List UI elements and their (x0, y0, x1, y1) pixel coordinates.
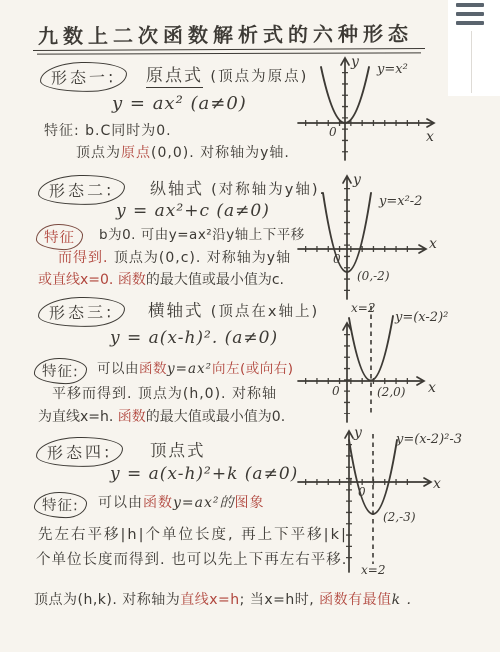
formula-2: y = ax²+c (a≠0) (116, 201, 270, 221)
feature-4-line-2: 先左右平移|h|个单位长度, 再上下平移|k| (38, 527, 348, 544)
vertex-label: (0,-2) (357, 269, 390, 283)
section-1-tag: 形态一: (40, 61, 128, 93)
feature-3-line-2: 平移而得到. 顶点为(h,0). 对称轴 (52, 386, 277, 403)
vertex-label: (2,-3) (383, 510, 416, 524)
feature-2-line-3: 或直线x=0. 函数的最大值或最小值为c. (38, 272, 284, 289)
x-axis-label: x (426, 129, 434, 145)
curve-label: y=x²-2 (378, 194, 422, 209)
graph-horizontal-axis-form: x=2 x 0 y=(x-2)² (2,0) (295, 296, 447, 426)
section-2-tag: 形态二: (38, 174, 126, 206)
page-title: 九数上二次函数解析式的六种形态 (38, 22, 413, 49)
feature-3-line-1: 可以由函数y=ax²向左(或向右) (97, 361, 294, 377)
feature-4-tag: 特征: (34, 492, 87, 519)
origin-label: 0 (332, 384, 340, 398)
feature-2-line-2: 而得到. 顶点为(0,c). 对称轴为y轴 (58, 250, 291, 267)
section-1-subtitle: (顶点为原点) (210, 69, 308, 85)
feature-4-line-4: 顶点为(h,k). 对称轴为直线x=h; 当x=h时, 函数有最值k . (34, 592, 412, 609)
formula-3: y = a(x-h)². (a≠0) (110, 328, 278, 348)
section-1-name: 原点式 (顶点为原点) (146, 66, 308, 86)
origin-label: 0 (358, 485, 366, 499)
symmetry-axis-label: x=2 (361, 563, 385, 577)
origin-label: 0 (329, 125, 337, 139)
x-axis-label: x (433, 476, 441, 492)
feature-2-tag: 特征 (36, 224, 83, 251)
section-3-name: 横轴式 (顶点在x轴上) (148, 301, 319, 321)
formula-4: y = a(x-h)²+k (a≠0) (110, 464, 298, 484)
formula-1: y = ax² (a≠0) (112, 93, 247, 115)
x-axis-label: x (428, 380, 436, 396)
feature-1-line-1: 特征: b.C同时为0. (44, 123, 172, 140)
feature-3-line-3: 为直线x=h. 函数的最大值或最小值为0. (38, 409, 285, 426)
page-fold-line (471, 31, 472, 93)
vertex-label: (2,0) (377, 385, 406, 399)
feature-3-tag: 特征: (34, 358, 87, 385)
curve-label: y=x² (376, 62, 408, 77)
curve-label: y=(x-2)²-3 (395, 432, 462, 447)
graph-vertical-axis-form: y x 0 y=x²-2 (0,-2) (295, 168, 447, 304)
y-axis-label: y (350, 54, 360, 70)
curve-label: y=(x-2)² (394, 310, 448, 325)
section-4-name: 顶点式 (150, 441, 206, 461)
y-axis-label: y (352, 172, 362, 188)
symmetry-axis-label: x=2 (351, 301, 375, 315)
title-underline-1 (33, 48, 425, 51)
section-3-tag: 形态三: (38, 296, 126, 328)
feature-1-line-2: 顶点为原点(0,0). 对称轴为y轴. (76, 145, 290, 162)
y-axis-label: y (353, 425, 363, 441)
graph-origin-form: y x 0 y=x² (295, 52, 447, 168)
feature-4-line-1: 可以由函数y=ax²的图象 (98, 495, 265, 512)
origin-label: 0 (333, 252, 341, 266)
x-axis-label: x (429, 236, 437, 252)
notes-page: 九数上二次函数解析式的六种形态 形态一: 原点式 (顶点为原点) y = ax²… (0, 0, 500, 652)
hamburger-menu-icon[interactable] (456, 3, 484, 29)
feature-4-line-3: 个单位长度而得到. 也可以先上下再左右平移. (36, 552, 347, 569)
feature-2-line-1: b为0. 可由y=ax²沿y轴上下平移 (99, 227, 305, 243)
